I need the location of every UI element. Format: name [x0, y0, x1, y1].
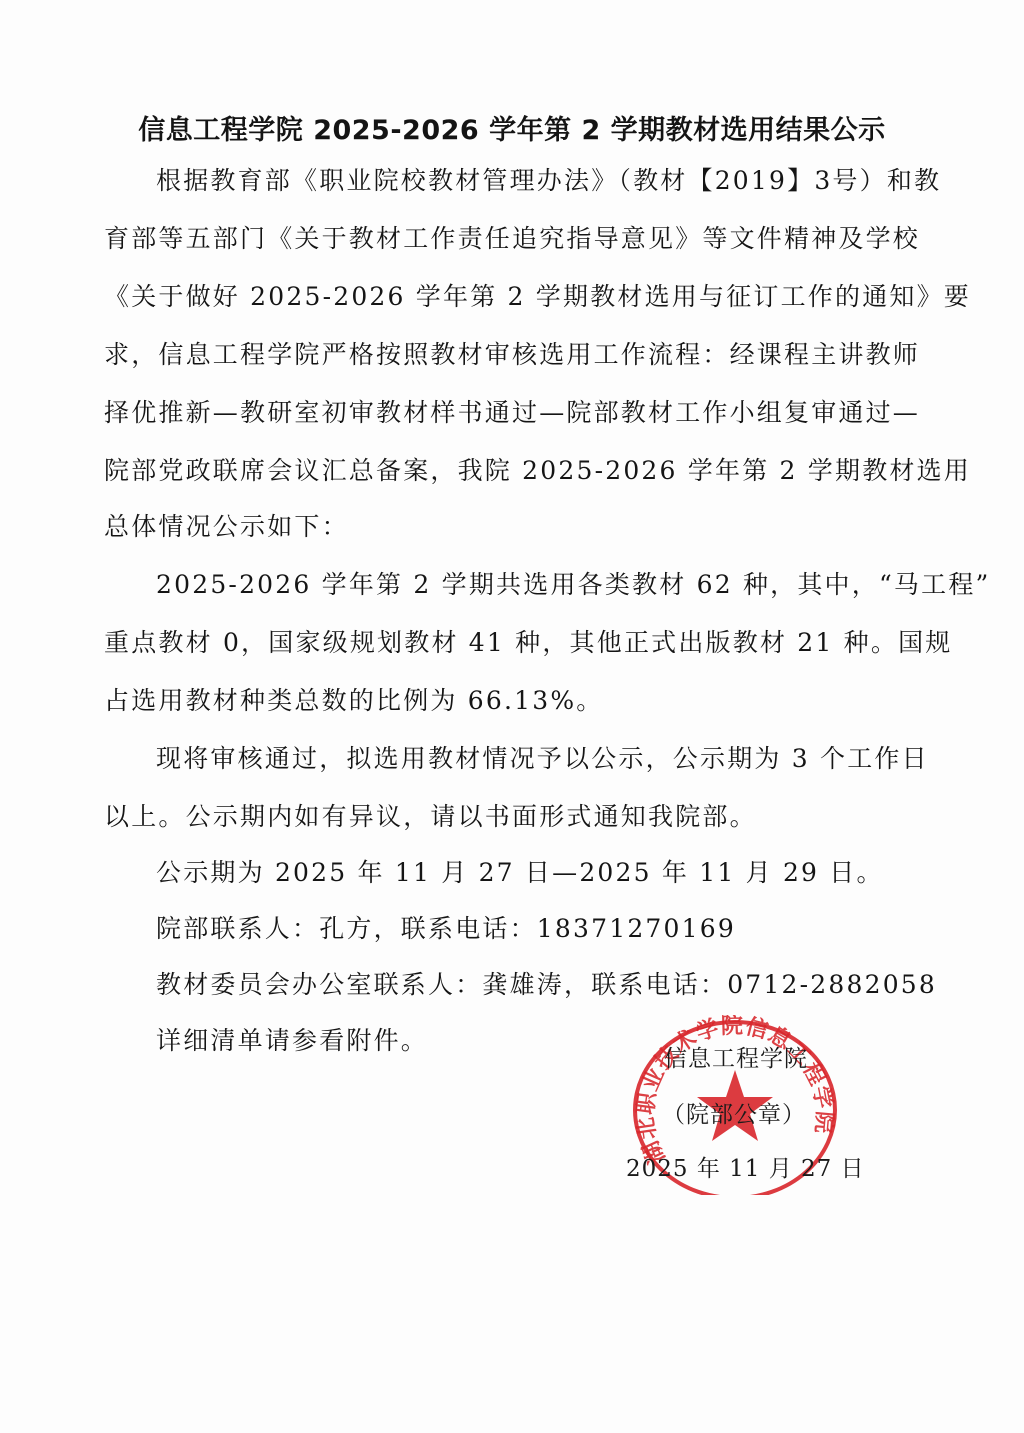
paragraph-3-line-2: 以上。公示期内如有异议，请以书面形式通知我院部。 — [104, 802, 757, 832]
document-page: 信息工程学院 2025-2026 学年第 2 学期教材选用结果公示 根据教育部《… — [0, 0, 1024, 1433]
paragraph-1-line-7: 总体情况公示如下： — [104, 512, 349, 542]
paragraph-3-line-1: 现将审核通过，拟选用教材情况予以公示，公示期为 3 个工作日 — [156, 744, 898, 774]
paragraph-1-line-6: 院部党政联席会议汇总备案，我院 2025-2026 学年第 2 学期教材选用 — [104, 456, 899, 486]
publicity-period: 公示期为 2025 年 11 月 27 日—2025 年 11 月 29 日。 — [156, 858, 884, 888]
paragraph-1-line-1: 根据教育部《职业院校教材管理办法》（教材【2019】3号）和教 — [156, 166, 898, 196]
paragraph-2-line-3: 占选用教材种类总数的比例为 66.13%。 — [104, 686, 603, 716]
paragraph-1-line-5: 择优推新—教研室初审教材样书通过—院部教材工作小组复审通过— — [104, 398, 899, 428]
signature-org: 信息工程学院 — [664, 1040, 808, 1073]
paragraph-2-line-1: 2025-2026 学年第 2 学期共选用各类教材 62 种，其中，“马工程” — [156, 570, 898, 600]
document-title: 信息工程学院 2025-2026 学年第 2 学期教材选用结果公示 — [0, 108, 1024, 147]
attachment-note: 详细清单请参看附件。 — [156, 1026, 428, 1056]
paragraph-1-line-2: 育部等五部门《关于教材工作责任追究指导意见》等文件精神及学校 — [104, 224, 899, 254]
committee-contact: 教材委员会办公室联系人：龚雄涛，联系电话：0712-2882058 — [156, 970, 937, 1000]
department-contact: 院部联系人：孔方，联系电话：18371270169 — [156, 914, 736, 944]
signature-date: 2025 年 11 月 27 日 — [626, 1150, 865, 1183]
paragraph-2-line-2: 重点教材 0，国家级规划教材 41 种，其他正式出版教材 21 种。国规 — [104, 628, 899, 658]
signature-seal-note: （院部公章） — [662, 1096, 806, 1129]
paragraph-1-line-3: 《关于做好 2025-2026 学年第 2 学期教材选用与征订工作的通知》要 — [104, 282, 899, 312]
paragraph-1-line-4: 求，信息工程学院严格按照教材审核选用工作流程：经课程主讲教师 — [104, 340, 899, 370]
